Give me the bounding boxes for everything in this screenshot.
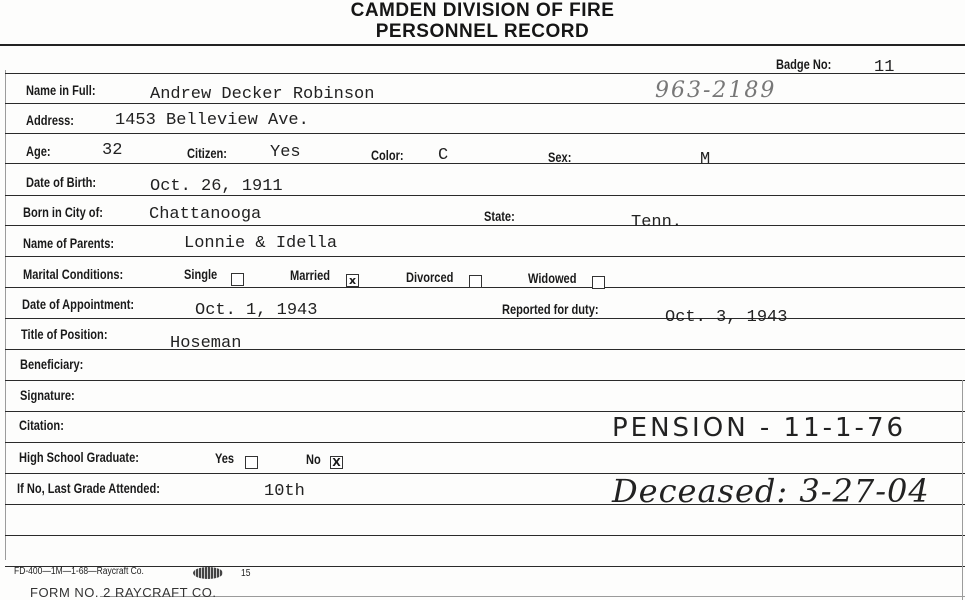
citation-label: Citation:	[19, 418, 64, 433]
phone-handwritten[interactable]: 963-2189	[655, 78, 776, 103]
hs-grad-label: High School Graduate:	[19, 450, 139, 465]
color-field[interactable]: C	[438, 146, 448, 165]
birth-city-field[interactable]: Chattanooga	[149, 205, 261, 224]
last-grade-label: If No, Last Grade Attended:	[17, 481, 160, 496]
rule-line	[5, 103, 965, 104]
deceased-annotation: Deceased: 3-27-04	[612, 472, 930, 510]
rule-line	[5, 380, 965, 381]
badge-value[interactable]: 11	[874, 58, 894, 77]
address-label: Address:	[26, 113, 74, 128]
rule-line	[5, 287, 965, 288]
form-title: CAMDEN DIVISION OF FIRE	[0, 0, 965, 22]
citizen-label: Citizen:	[187, 146, 227, 161]
name-label: Name in Full:	[26, 83, 96, 98]
union-label-icon	[193, 567, 223, 579]
left-margin-line	[5, 70, 6, 560]
rule-line	[5, 535, 965, 536]
form-number: FORM NO. 2 RAYCRAFT CO.	[30, 585, 217, 600]
rule-line	[100, 596, 965, 597]
sex-field[interactable]: M	[700, 150, 710, 169]
name-field[interactable]: Andrew Decker Robinson	[150, 85, 374, 104]
rule-line	[5, 349, 965, 350]
rule-line	[5, 318, 965, 319]
marital-married-checkbox[interactable]: x	[346, 274, 359, 287]
position-label: Title of Position:	[21, 327, 108, 342]
sex-label: Sex:	[548, 150, 571, 165]
union-number: 15	[241, 568, 250, 579]
signature-label: Signature:	[20, 388, 75, 403]
hs-grad-no-checkbox[interactable]: X	[330, 456, 343, 469]
parents-label: Name of Parents:	[23, 236, 114, 251]
dob-field[interactable]: Oct. 26, 1911	[150, 177, 283, 196]
position-field[interactable]: Hoseman	[170, 334, 241, 353]
parents-field[interactable]: Lonnie & Idella	[184, 234, 337, 253]
dob-label: Date of Birth:	[26, 175, 96, 190]
marital-option-single-label: Single	[184, 267, 217, 282]
rule-line	[5, 73, 965, 74]
appointment-field[interactable]: Oct. 1, 1943	[195, 301, 317, 320]
hs-grad-yes-checkbox[interactable]	[245, 456, 258, 469]
badge-label: Badge No:	[776, 57, 831, 72]
age-field[interactable]: 32	[102, 141, 122, 160]
rule-line	[5, 256, 965, 257]
age-label: Age:	[26, 144, 51, 159]
reported-label: Reported for duty:	[502, 302, 599, 317]
form-code: FD-400—1M—1-68—Raycraft Co.	[14, 566, 144, 577]
color-label: Color:	[371, 148, 404, 163]
marital-option-married-label: Married	[290, 268, 330, 283]
rule-line	[5, 163, 965, 164]
birth-city-label: Born in City of:	[23, 205, 103, 220]
marital-single-checkbox[interactable]	[231, 273, 244, 286]
address-field[interactable]: 1453 Belleview Ave.	[115, 111, 309, 130]
marital-widowed-checkbox[interactable]	[592, 276, 605, 289]
appointment-label: Date of Appointment:	[22, 297, 134, 312]
marital-option-widowed-label: Widowed	[528, 271, 576, 286]
rule-line	[5, 566, 965, 567]
rule-line	[5, 133, 965, 134]
form-subtitle: PERSONNEL RECORD	[0, 21, 965, 43]
rule-line	[5, 225, 965, 226]
right-margin-line	[962, 380, 963, 600]
hs-grad-yes-label: Yes	[215, 451, 234, 466]
state-field[interactable]: Tenn.	[631, 213, 682, 232]
rule-line	[5, 195, 965, 196]
rule-line	[5, 411, 965, 412]
beneficiary-label: Beneficiary:	[20, 357, 83, 372]
last-grade-field[interactable]: 10th	[264, 482, 305, 501]
marital-divorced-checkbox[interactable]	[469, 275, 482, 288]
state-label: State:	[484, 209, 515, 224]
header-rule	[0, 44, 965, 46]
citizen-field[interactable]: Yes	[270, 143, 301, 162]
reported-field[interactable]: Oct. 3, 1943	[665, 308, 787, 327]
pension-annotation: PENSION - 11-1-76	[612, 413, 906, 443]
marital-label: Marital Conditions:	[23, 267, 123, 282]
marital-option-divorced-label: Divorced	[406, 270, 453, 285]
hs-grad-no-label: No	[306, 452, 321, 467]
